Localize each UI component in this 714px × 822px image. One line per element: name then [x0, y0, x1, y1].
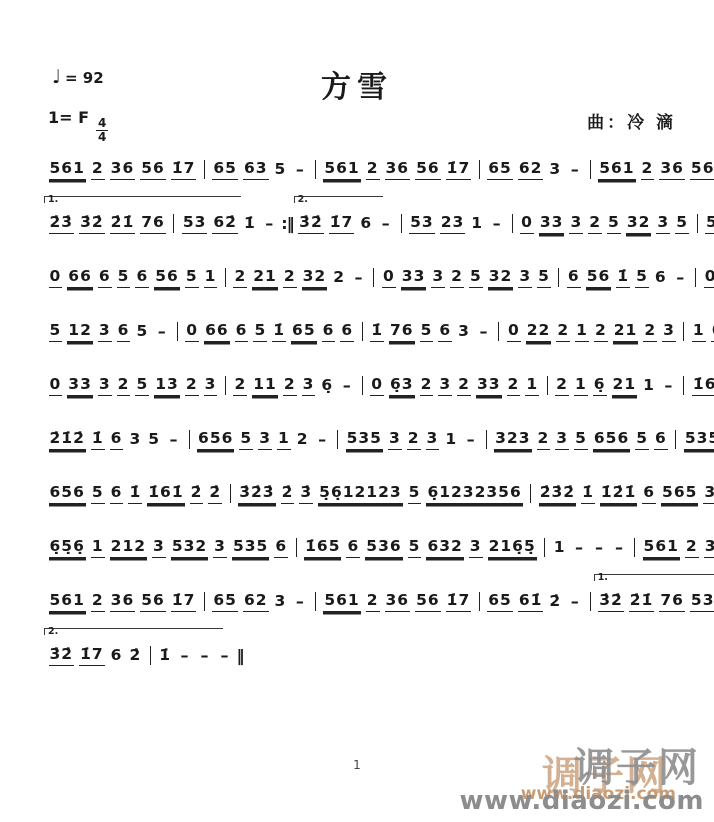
note-group: 1̇7	[446, 158, 472, 180]
barline	[177, 322, 178, 341]
volta-number: 1.	[48, 194, 58, 205]
score-line: 2̇1̇2̇1̇635–6565312–5353231–323235656565…	[46, 416, 690, 450]
barline	[675, 430, 676, 449]
note-group: 1̇7	[171, 158, 197, 180]
note-group: 65	[212, 158, 238, 180]
note-group: 2̇1̇2̇	[49, 428, 86, 450]
volta-number: 2.	[48, 626, 58, 637]
barline	[337, 430, 338, 449]
note-group: 216̣5̣	[488, 536, 537, 558]
note-group: 1̇	[91, 428, 105, 450]
note-group: 2	[296, 429, 310, 450]
page-title: 方雪	[0, 62, 714, 106]
duration-dash: –	[181, 645, 189, 666]
duration-dash: –	[382, 213, 390, 234]
note-group: 2	[457, 374, 471, 396]
note-group: 6̣	[320, 375, 334, 396]
note-group: 1̇	[370, 320, 384, 342]
note-group: 6	[642, 482, 656, 504]
volta-number: 1.	[598, 572, 608, 583]
note-group: 1	[470, 213, 484, 234]
note-group: 3	[98, 320, 112, 342]
note-group: 3	[258, 428, 272, 450]
composer-credit: 曲：冷 滴	[587, 108, 676, 133]
note-group: 561	[598, 158, 635, 180]
note-group: 1̇	[243, 213, 257, 234]
note-group: 0	[704, 266, 714, 288]
note-group: 3	[128, 429, 142, 450]
note-group: 212	[110, 536, 147, 558]
volta-bracket-line	[594, 574, 714, 581]
note-group: 5	[239, 428, 253, 450]
note-group: 3	[98, 374, 112, 396]
volta-bracket-line	[44, 628, 223, 635]
note-group: 56	[415, 158, 441, 180]
note-group: 656	[49, 482, 86, 504]
note-group: 76	[389, 320, 415, 342]
note-group: 6	[110, 482, 124, 504]
note-group: 2	[556, 320, 570, 342]
note-group: 6	[110, 428, 124, 450]
barline	[558, 268, 559, 287]
note-group: 3	[274, 591, 288, 612]
barline	[498, 322, 499, 341]
duration-dash: –	[354, 267, 362, 288]
note-group: 36	[110, 590, 136, 612]
duration-dash: –	[575, 537, 583, 558]
note-group: 1	[204, 266, 218, 288]
note-group: 36	[704, 536, 714, 558]
note-group: 5	[408, 482, 422, 504]
barline	[697, 214, 698, 233]
barline	[204, 592, 205, 611]
note-group: 656	[593, 428, 630, 450]
note-group: 21	[612, 374, 638, 396]
note-group: 22	[526, 320, 552, 342]
duration-dash: –	[595, 537, 603, 558]
note-group: 5	[574, 428, 588, 450]
note-group: 0	[507, 320, 521, 342]
note-group: 13	[154, 374, 180, 396]
volta-bracket-line	[44, 196, 241, 203]
note-group: 65	[487, 158, 513, 180]
note-group: 6̣5̣6̣	[49, 536, 86, 558]
watermark: 调子网 调子网 www.diaozi.com www.diaozi.com	[462, 732, 712, 818]
watermark-site-name-shadow: 调子网	[542, 744, 668, 801]
barline	[683, 376, 684, 395]
note-group: 6	[359, 213, 373, 234]
duration-dash: –	[479, 321, 487, 342]
note-group: 3	[438, 374, 452, 396]
barline	[683, 322, 684, 341]
note-group: 535	[346, 428, 383, 450]
note-group: 1	[277, 428, 291, 450]
score-line: 512365–066651̇65661̇76563–022212212316̣1…	[46, 308, 690, 342]
note-group: 21	[252, 266, 278, 288]
note-group: 1̇	[581, 482, 595, 504]
duration-dash: –	[343, 375, 351, 396]
note-group: 1̇61̇	[147, 482, 184, 504]
note-group: 6	[235, 320, 249, 342]
barline	[590, 592, 591, 611]
note-group: 561	[643, 536, 680, 558]
note-group: 5	[49, 320, 63, 342]
barline	[362, 376, 363, 395]
note-group: 2	[594, 320, 608, 342]
note-group: 1	[444, 429, 458, 450]
note-group: 1̇61̇	[692, 374, 714, 396]
note-group: 3	[302, 374, 316, 396]
barline	[204, 160, 205, 179]
note-group: 12	[67, 320, 93, 342]
note-group: 23	[440, 212, 466, 234]
note-group: 2	[420, 374, 434, 396]
note-group: 536	[365, 536, 402, 558]
note-group: 3	[656, 212, 670, 234]
note-group: 33	[67, 374, 93, 396]
note-group: 6	[98, 266, 112, 288]
barline	[544, 538, 545, 557]
note-group: 1̇	[128, 482, 142, 504]
note-group: 62̇	[212, 212, 238, 234]
note-group: 323	[494, 428, 531, 450]
note-group: 56	[140, 590, 166, 612]
duration-dash: –	[664, 375, 672, 396]
note-group: 2	[537, 428, 551, 450]
barline	[225, 268, 226, 287]
note-group: 61̇	[518, 590, 544, 612]
barline	[230, 484, 231, 503]
time-denominator: 4	[98, 131, 106, 143]
page-number: 1	[0, 758, 714, 772]
note-group: 62	[518, 158, 544, 180]
note-group: 1̇	[616, 266, 630, 288]
note-group: 5̣6̣12123	[318, 482, 403, 504]
note-group: 632	[426, 536, 463, 558]
note-group: 5	[675, 212, 689, 234]
note-group: 3	[703, 482, 714, 504]
score-line: 0333251323211236̣–06̣32323321216̣211–1̇6…	[46, 362, 690, 396]
note-group: 2	[91, 158, 105, 180]
note-group: 0	[49, 266, 63, 288]
note-group: 11	[252, 374, 278, 396]
note-group: 2	[555, 374, 569, 396]
barline	[373, 268, 374, 287]
note-group: 3̇2̇	[79, 212, 105, 234]
note-group: 561	[323, 590, 360, 612]
barline	[173, 214, 174, 233]
note-group: 6	[346, 536, 360, 558]
score-line: 561236561̇765623–561236561̇76561̇2̇–1.3̇…	[46, 578, 690, 612]
note-group: 2	[685, 536, 699, 558]
note-group: 3	[569, 212, 583, 234]
note-group: 2	[233, 266, 247, 288]
note-group: 3̇2̇	[598, 590, 624, 612]
note-group: 6	[274, 536, 288, 558]
note-group: 2	[643, 320, 657, 342]
note-group: 36	[659, 158, 685, 180]
barline	[530, 484, 531, 503]
sheet-music-page: ♩= 92 方雪 1= F44 曲：冷 滴 561236561̇765635–5…	[0, 0, 714, 822]
note-group: 5	[147, 429, 161, 450]
note-group: 6	[110, 645, 124, 666]
note-group: 76	[659, 590, 685, 612]
note-group: 3	[662, 320, 676, 342]
note-group: 5	[135, 374, 149, 396]
note-group: 532	[171, 536, 208, 558]
score-line: 6̣5̣6̣12123532353561̇65653656323216̣5̣1–…	[46, 524, 690, 558]
barline	[547, 376, 548, 395]
duration-dash: –	[676, 267, 684, 288]
note-group: 32	[488, 266, 514, 288]
note-group: 36	[385, 158, 411, 180]
note-group: 561	[323, 158, 360, 180]
volta-number: 2.	[298, 194, 308, 205]
barline	[150, 646, 151, 665]
duration-dash: –	[571, 591, 579, 612]
note-group: 3	[548, 159, 562, 180]
note-group: 2	[450, 266, 464, 288]
score-line: 06665656512212322–03332532356561̇56–01̇1…	[46, 254, 690, 288]
note-group: 56	[690, 158, 714, 180]
note-group: 3	[426, 428, 440, 450]
note-group: 1̇2̇1̇	[600, 482, 637, 504]
duration-dash: –	[296, 159, 304, 180]
note-group: 3	[518, 266, 532, 288]
note-group: 6̣1232356	[426, 482, 522, 504]
note-group: 63	[243, 158, 269, 180]
note-group: 565	[661, 482, 698, 504]
note-group: 3	[204, 374, 218, 396]
note-group: 6	[322, 320, 336, 342]
barline	[225, 376, 226, 395]
note-group: 2	[233, 374, 247, 396]
key-signature: 1= F44	[48, 108, 108, 143]
note-group: 2̇3̇2̇	[539, 482, 576, 504]
note-group: 3	[457, 321, 471, 342]
note-group: 66	[204, 320, 230, 342]
note-group: 3	[213, 536, 227, 558]
note-group: 3	[431, 266, 445, 288]
note-group: 6̣	[593, 374, 607, 396]
note-group: 53	[409, 212, 435, 234]
barline	[479, 160, 480, 179]
note-group: 1	[525, 374, 539, 396]
barline	[486, 430, 487, 449]
end-repeat-sign: :‖	[281, 213, 293, 234]
note-group: 2	[507, 374, 521, 396]
score-line: 2.3̇2̇1̇762̇1̇–––‖	[46, 632, 690, 666]
note-group: 3	[469, 536, 483, 558]
note-group: 6	[438, 320, 452, 342]
note-group: 56	[140, 158, 166, 180]
note-group: 2̇	[548, 591, 562, 612]
note-group: 5	[607, 212, 621, 234]
note-group: 2̇	[281, 482, 295, 504]
watermark-site-url-shadow: www.diaozi.com	[521, 784, 676, 804]
duration-dash: –	[158, 321, 166, 342]
barline	[296, 538, 297, 557]
duration-dash: –	[221, 645, 229, 666]
note-group: 65	[212, 590, 238, 612]
note-group: 2	[283, 374, 297, 396]
barline	[315, 592, 316, 611]
barline	[695, 268, 696, 287]
score-line: 656561̇1̇61̇2̇2̇3̇2̇3̇2̇3̇5̣6̣1212356̣12…	[46, 470, 690, 504]
note-group: 1̇7	[446, 590, 472, 612]
note-group: 2̇1̇	[629, 590, 655, 612]
note-group: 33	[539, 212, 565, 234]
note-group: 56	[586, 266, 612, 288]
note-group: 5	[635, 428, 649, 450]
note-group: 0	[520, 212, 534, 234]
note-group: 2	[185, 374, 199, 396]
note-group: 66	[67, 266, 93, 288]
note-group: 3̇2̇	[49, 644, 75, 666]
barline	[590, 160, 591, 179]
duration-dash: –	[201, 645, 209, 666]
note-group: 535	[684, 428, 714, 450]
note-group: 53	[182, 212, 208, 234]
note-group: 1	[91, 536, 105, 558]
note-group: 5	[705, 212, 714, 234]
note-group: 5	[537, 266, 551, 288]
note-group: 535	[232, 536, 269, 558]
note-group: 1	[642, 375, 656, 396]
barline	[362, 322, 363, 341]
note-group: 3̇2̇3̇	[238, 482, 275, 504]
note-group: 5	[253, 320, 267, 342]
final-barline: ‖	[237, 645, 244, 666]
note-group: 32	[626, 212, 652, 234]
score: 561236561̇765635–561236561̇765623–561236…	[46, 146, 690, 686]
note-group: 32	[302, 266, 328, 288]
note-group: 1̇7	[171, 590, 197, 612]
note-group: 0	[185, 320, 199, 342]
note-group: 6	[654, 428, 668, 450]
note-group: 65	[291, 320, 317, 342]
barline	[634, 538, 635, 557]
note-group: 56	[415, 590, 441, 612]
note-group: 0	[382, 266, 396, 288]
note-group: 656	[197, 428, 234, 450]
note-group: 2	[366, 590, 380, 612]
time-signature: 44	[96, 118, 108, 143]
barline	[512, 214, 513, 233]
note-group: 1	[553, 537, 567, 558]
note-group: 36	[385, 590, 411, 612]
note-group: 3̇	[299, 482, 313, 504]
note-group: 2	[366, 158, 380, 180]
note-group: 2̇	[128, 645, 142, 666]
note-group: 2̇1̇	[110, 212, 136, 234]
note-group: 6	[340, 320, 354, 342]
note-group: 2̇3̇	[49, 212, 75, 234]
note-group: 2̇	[190, 482, 204, 504]
note-group: 5	[408, 536, 422, 558]
duration-dash: –	[265, 213, 273, 234]
note-group: 1	[575, 320, 589, 342]
note-group: 5	[274, 159, 288, 180]
watermark-site-url: www.diaozi.com	[460, 786, 705, 816]
note-group: 3	[388, 428, 402, 450]
note-group: 1̇65	[304, 536, 341, 558]
note-group: 6	[117, 320, 131, 342]
note-group: 2	[283, 266, 297, 288]
note-group: 1	[574, 374, 588, 396]
duration-dash: –	[493, 213, 501, 234]
barline	[479, 592, 480, 611]
note-group: 5	[185, 266, 199, 288]
duration-dash: –	[571, 159, 579, 180]
score-line: 1.2̇3̇3̇2̇2̇1̇765362̇1̇–:‖2.3̇2̇1̇76–532…	[46, 200, 690, 234]
note-group: 3	[555, 428, 569, 450]
note-group: 2	[641, 158, 655, 180]
note-group: 33	[476, 374, 502, 396]
note-group: 1̇	[158, 645, 172, 666]
note-group: 33	[401, 266, 427, 288]
note-group: 53	[690, 590, 714, 612]
barline	[189, 430, 190, 449]
note-group: 1̇7	[79, 644, 105, 666]
note-group: 21	[613, 320, 639, 342]
note-group: 1̇	[272, 320, 286, 342]
note-group: 62	[243, 590, 269, 612]
note-group: 6̣3	[389, 374, 415, 396]
note-group: 3	[152, 536, 166, 558]
note-group: 2	[91, 590, 105, 612]
note-group: 5	[469, 266, 483, 288]
note-group: 36	[110, 158, 136, 180]
note-group: 2	[332, 267, 346, 288]
note-group: 1	[692, 320, 706, 342]
note-group: 0	[370, 374, 384, 396]
barline	[315, 160, 316, 179]
note-group: 2	[407, 428, 421, 450]
duration-dash: –	[615, 537, 623, 558]
barline	[401, 214, 402, 233]
score-line: 561236561̇765635–561236561̇765623–561236…	[46, 146, 690, 180]
key-text: 1= F	[48, 108, 89, 127]
note-group: 5	[635, 266, 649, 288]
note-group: 5	[135, 321, 149, 342]
note-group: 2	[117, 374, 131, 396]
note-group: 5	[91, 482, 105, 504]
note-group: 1̇7	[329, 212, 355, 234]
note-group: 6	[567, 266, 581, 288]
note-group: 561	[49, 590, 86, 612]
note-group: 5	[420, 320, 434, 342]
note-group: 76	[140, 212, 166, 234]
note-group: 5	[117, 266, 131, 288]
duration-dash: –	[170, 429, 178, 450]
duration-dash: –	[296, 591, 304, 612]
note-group: 56	[154, 266, 180, 288]
note-group: 6	[135, 266, 149, 288]
note-group: 3̇2̇	[298, 212, 324, 234]
note-group: 6	[654, 267, 668, 288]
note-group: 0	[49, 374, 63, 396]
note-group: 561	[49, 158, 86, 180]
duration-dash: –	[318, 429, 326, 450]
note-group: 2̇	[208, 482, 222, 504]
note-group: 2	[588, 212, 602, 234]
note-group: 65	[487, 590, 513, 612]
duration-dash: –	[467, 429, 475, 450]
